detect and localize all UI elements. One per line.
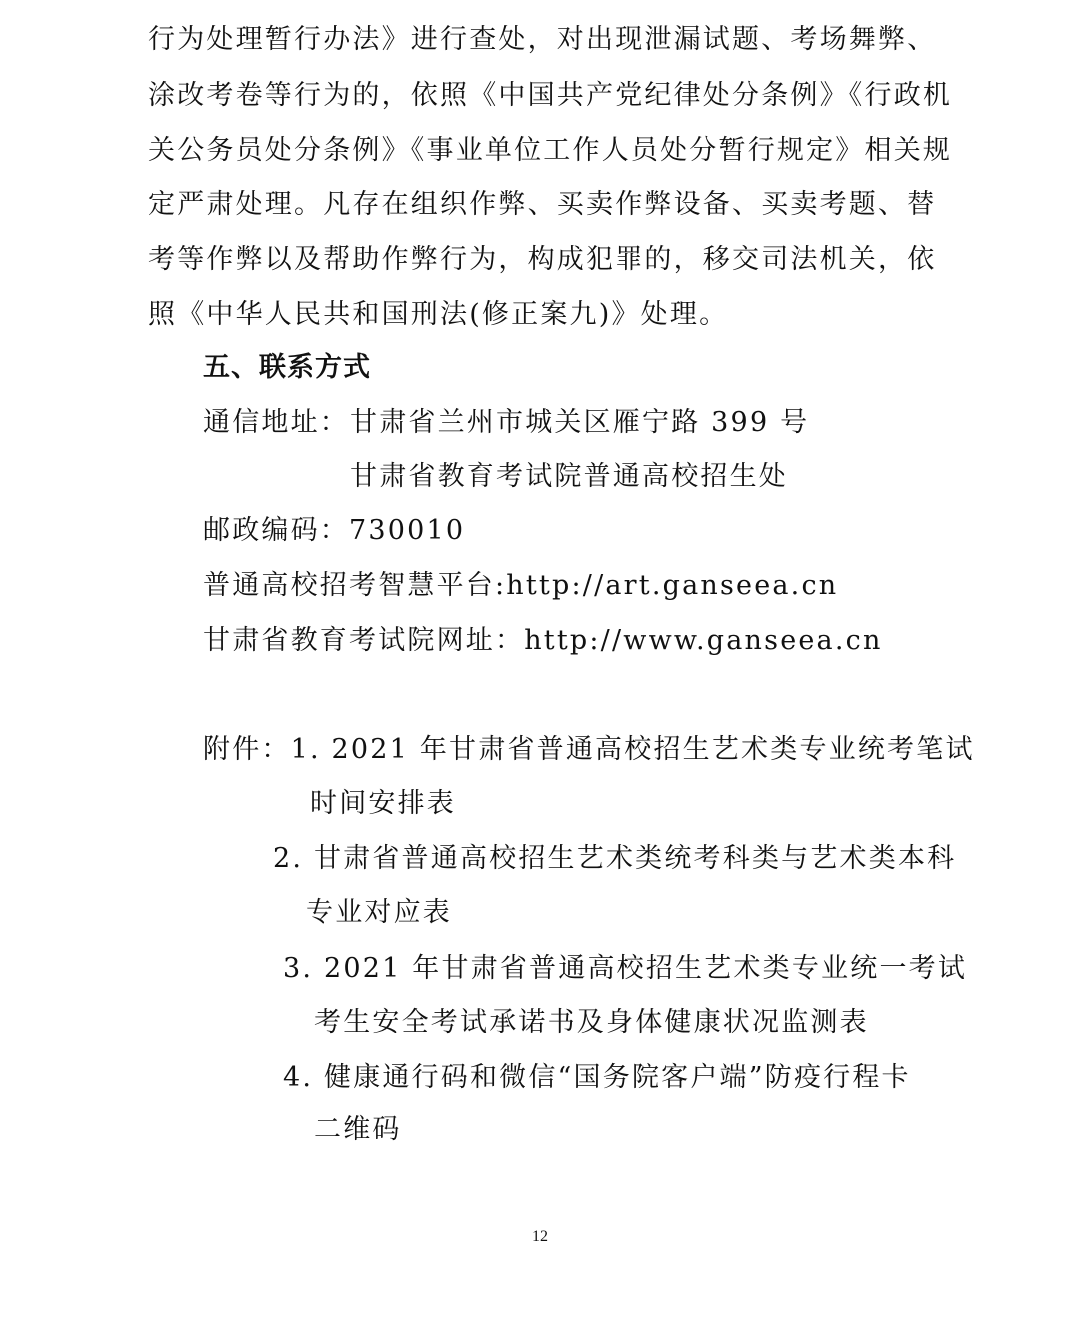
- attachment-item-4: 4. 健康通行码和微信“国务院客户端”防疫行程卡: [283, 1060, 911, 1096]
- attachment-item-2: 2. 甘肃省普通高校招生艺术类统考科类与艺术类本科: [273, 841, 956, 877]
- attachment-item-3: 3. 2021 年甘肃省普通高校招生艺术类专业统一考试: [283, 951, 967, 987]
- address-line-2: 甘肃省教育考试院普通高校招生处: [350, 459, 788, 495]
- attachment-item-1: 附件：1. 2021 年甘肃省普通高校招生艺术类专业统考笔试: [203, 732, 975, 768]
- attachment-item-1-cont: 时间安排表: [310, 786, 456, 822]
- paragraph-line: 关公务员处分条例》《事业单位工作人员处分暂行规定》相关规: [148, 133, 952, 169]
- paragraph-line: 考等作弊以及帮助作弊行为，构成犯罪的，移交司法机关，依: [148, 242, 936, 278]
- postal-code: 邮政编码：730010: [203, 513, 465, 549]
- section-heading: 五、联系方式: [203, 350, 371, 386]
- attachment-item-2-cont: 专业对应表: [306, 895, 452, 931]
- paragraph-line: 行为处理暂行办法》进行查处，对出现泄漏试题、考场舞弊、: [148, 22, 936, 58]
- attachment-item-3-cont: 考生安全考试承诺书及身体健康状况监测表: [314, 1005, 869, 1041]
- address-label: 通信地址：: [203, 405, 349, 441]
- address-line-1: 甘肃省兰州市城关区雁宁路 399 号: [350, 405, 809, 441]
- attachment-item-4-cont: 二维码: [314, 1112, 402, 1148]
- website-url: 甘肃省教育考试院网址：http://www.ganseea.cn: [203, 623, 883, 659]
- page-number: 12: [0, 1228, 1080, 1246]
- paragraph-line: 涂改考卷等行为的，依照《中国共产党纪律处分条例》《行政机: [148, 78, 952, 114]
- platform-url: 普通高校招考智慧平台:http://art.ganseea.cn: [203, 568, 838, 604]
- paragraph-line: 照《中华人民共和国刑法(修正案九)》处理。: [148, 297, 728, 333]
- paragraph-line: 定严肃处理。凡存在组织作弊、买卖作弊设备、买卖考题、替: [148, 187, 936, 223]
